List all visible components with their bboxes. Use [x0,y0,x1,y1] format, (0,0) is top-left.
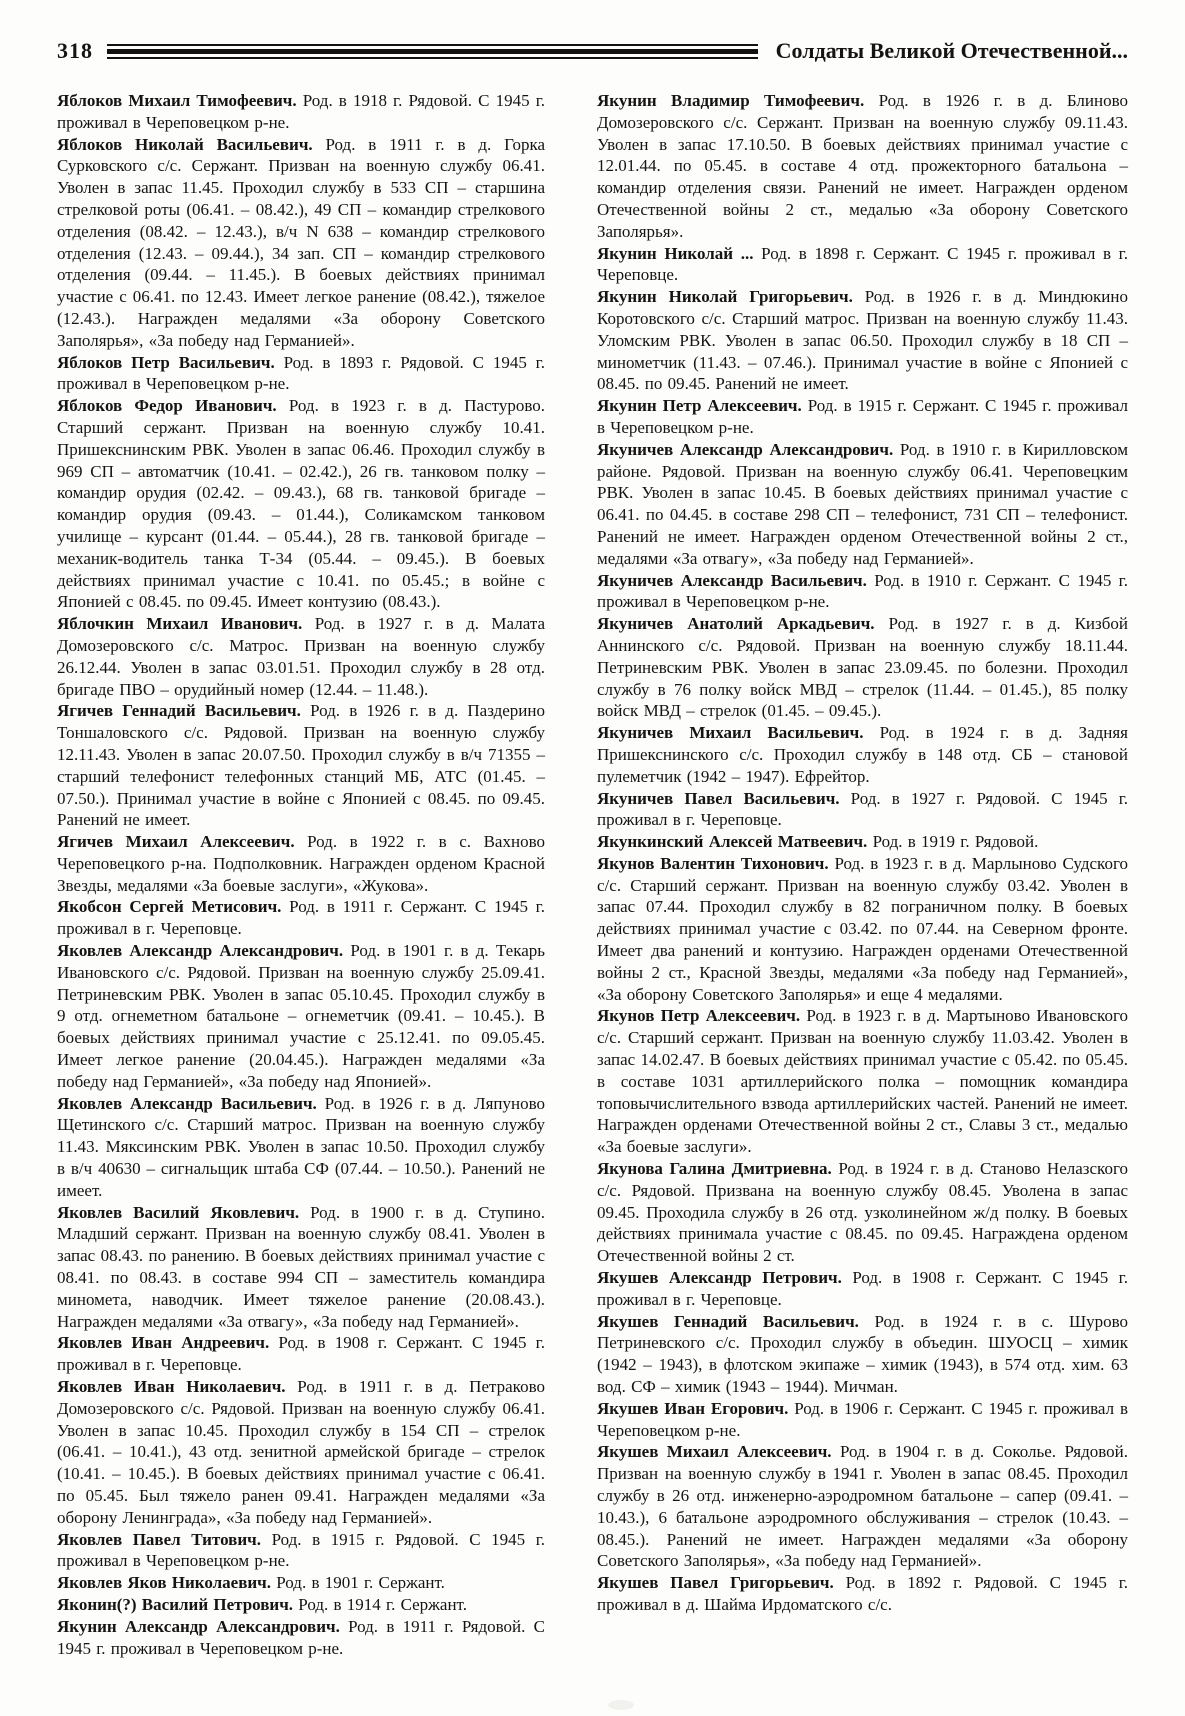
entry-name: Яконин(?) Василий Петрович. [57,1595,298,1614]
entry-name: Якуничев Александр Васильевич. [597,571,874,590]
entry-text: Род. в 1926 г. в д. Блиново Домозеровско… [597,91,1128,241]
entry-text: Род. в 1901 г. в д. Текарь Ивановского с… [57,941,545,1091]
page-header: 318 Солдаты Великой Отечественной... [57,34,1128,68]
entry: Якушев Александр Петрович. Род. в 1908 г… [597,1267,1128,1311]
entry: Яковлев Яков Николаевич. Род. в 1901 г. … [57,1572,545,1594]
header-rule [107,44,758,59]
book-page: 318 Солдаты Великой Отечественной... Ябл… [0,0,1185,1716]
entry: Якуничев Александр Александрович. Род. в… [597,439,1128,570]
entry-name: Якунов Петр Алексеевич. [597,1006,806,1025]
entry-name: Якунов Валентин Тихонович. [597,854,835,873]
entry: Яковлев Иван Андреевич. Род. в 1908 г. С… [57,1332,545,1376]
entry-name: Яблоков Николай Васильевич. [57,135,326,154]
entry-name: Якуничев Александр Александрович. [597,440,900,459]
entry-name: Яковлев Яков Николаевич. [57,1573,276,1592]
entry-name: Якуничев Михаил Васильевич. [597,723,880,742]
entry: Якунин Николай ... Род. в 1898 г. Сержан… [597,243,1128,287]
entry-text: Род. в 1923 г. в д. Мартыново Ивановског… [597,1006,1128,1156]
entry: Якушев Михаил Алексеевич. Род. в 1904 г.… [597,1441,1128,1572]
scan-artifact [608,1700,634,1710]
entry: Якобсон Сергей Метисович. Род. в 1911 г.… [57,896,545,940]
entry-name: Яковлев Павел Титович. [57,1530,272,1549]
page-number: 318 [57,40,107,62]
entry: Якунин Александр Александрович. Род. в 1… [57,1616,545,1660]
entry: Ягичев Геннадий Васильевич. Род. в 1926 … [57,700,545,831]
entry-name: Яблоков Петр Васильевич. [57,353,284,372]
entry: Ягичев Михаил Алексеевич. Род. в 1922 г.… [57,831,545,896]
entry: Яблочкин Михаил Иванович. Род. в 1927 г.… [57,613,545,700]
entry-text: Род. в 1923 г. в д. Пастурово. Старший с… [57,396,545,611]
entry: Яковлев Иван Николаевич. Род. в 1911 г. … [57,1376,545,1529]
entry-name: Яковлев Василий Яковлевич. [57,1203,310,1222]
entry-text: Род. в 1914 г. Сержант. [298,1595,467,1614]
entry: Яблоков Федор Иванович. Род. в 1923 г. в… [57,395,545,613]
entry: Яблоков Петр Васильевич. Род. в 1893 г. … [57,352,545,396]
entry-name: Якункинский Алексей Матвеевич. [597,832,873,851]
entry-name: Ягичев Геннадий Васильевич. [57,701,310,720]
entry: Яковлев Павел Титович. Род. в 1915 г. Ря… [57,1529,545,1573]
entry-name: Яблоков Федор Иванович. [57,396,289,415]
entry-name: Якобсон Сергей Метисович. [57,897,289,916]
entry-name: Якушев Павел Григорьевич. [597,1573,846,1592]
entry-text: Род. в 1904 г. в д. Соколье. Рядовой. Пр… [597,1442,1128,1570]
entry-name: Якунин Николай ... [597,244,761,263]
entry: Якушев Иван Егорович. Род. в 1906 г. Сер… [597,1398,1128,1442]
text-columns: Яблоков Михаил Тимофеевич. Род. в 1918 г… [57,90,1128,1659]
entry: Яблоков Михаил Тимофеевич. Род. в 1918 г… [57,90,545,134]
entry: Якуничев Анатолий Аркадьевич. Род. в 192… [597,613,1128,722]
entry-text: Род. в 1926 г. в д. Паздерино Тоншаловск… [57,701,545,829]
entry-name: Якунин Владимир Тимофеевич. [597,91,879,110]
column-left: Яблоков Михаил Тимофеевич. Род. в 1918 г… [57,90,545,1659]
entry: Якунов Петр Алексеевич. Род. в 1923 г. в… [597,1005,1128,1158]
entry: Яковлев Александр Васильевич. Род. в 192… [57,1093,545,1202]
entry-name: Ягичев Михаил Алексеевич. [57,832,307,851]
page-title: Солдаты Великой Отечественной... [776,40,1128,62]
entry: Якунов Валентин Тихонович. Род. в 1923 г… [597,853,1128,1006]
column-right: Якунин Владимир Тимофеевич. Род. в 1926 … [597,90,1128,1616]
entry-name: Якушев Михаил Алексеевич. [597,1442,840,1461]
entry-name: Яблоков Михаил Тимофеевич. [57,91,303,110]
entry-name: Яковлев Иван Андреевич. [57,1333,278,1352]
entry: Яковлев Василий Яковлевич. Род. в 1900 г… [57,1202,545,1333]
entry-name: Якунин Николай Григорьевич. [597,287,865,306]
entry: Якунин Владимир Тимофеевич. Род. в 1926 … [597,90,1128,243]
entry: Яконин(?) Василий Петрович. Род. в 1914 … [57,1594,545,1616]
entry-name: Якуничев Анатолий Аркадьевич. [597,614,889,633]
entry: Якунова Галина Дмитриевна. Род. в 1924 г… [597,1158,1128,1267]
entry-text: Род. в 1901 г. Сержант. [276,1573,445,1592]
entry-name: Якушев Геннадий Васильевич. [597,1312,875,1331]
entry: Якункинский Алексей Матвеевич. Род. в 19… [597,831,1128,853]
entry: Яблоков Николай Васильевич. Род. в 1911 … [57,134,545,352]
entry-name: Яблочкин Михаил Иванович. [57,614,315,633]
entry: Якунин Николай Григорьевич. Род. в 1926 … [597,286,1128,395]
entry-name: Яковлев Александр Александрович. [57,941,350,960]
entry: Якуничев Александр Васильевич. Род. в 19… [597,570,1128,614]
entry: Яковлев Александр Александрович. Род. в … [57,940,545,1093]
entry-name: Якунова Галина Дмитриевна. [597,1159,838,1178]
entry: Якунин Петр Алексеевич. Род. в 1915 г. С… [597,395,1128,439]
entry: Якушев Геннадий Васильевич. Род. в 1924 … [597,1311,1128,1398]
entry: Якуничев Павел Васильевич. Род. в 1927 г… [597,788,1128,832]
entry-name: Якунин Петр Алексеевич. [597,396,808,415]
entry-name: Якунин Александр Александрович. [57,1617,348,1636]
entry-text: Род. в 1923 г. в д. Марлыново Судского с… [597,854,1128,1004]
entry-text: Род. в 1919 г. Рядовой. [873,832,1039,851]
entry-text: Род. в 1911 г. в д. Петраково Домозеровс… [57,1377,545,1527]
entry-name: Яковлев Александр Васильевич. [57,1094,325,1113]
entry: Якуничев Михаил Васильевич. Род. в 1924 … [597,722,1128,787]
entry-name: Якушев Иван Егорович. [597,1399,794,1418]
entry-name: Яковлев Иван Николаевич. [57,1377,297,1396]
entry: Якушев Павел Григорьевич. Род. в 1892 г.… [597,1572,1128,1616]
entry-name: Якуничев Павел Васильевич. [597,789,851,808]
entry-name: Якушев Александр Петрович. [597,1268,852,1287]
entry-text: Род. в 1911 г. в д. Горка Сурковского с/… [57,135,545,350]
